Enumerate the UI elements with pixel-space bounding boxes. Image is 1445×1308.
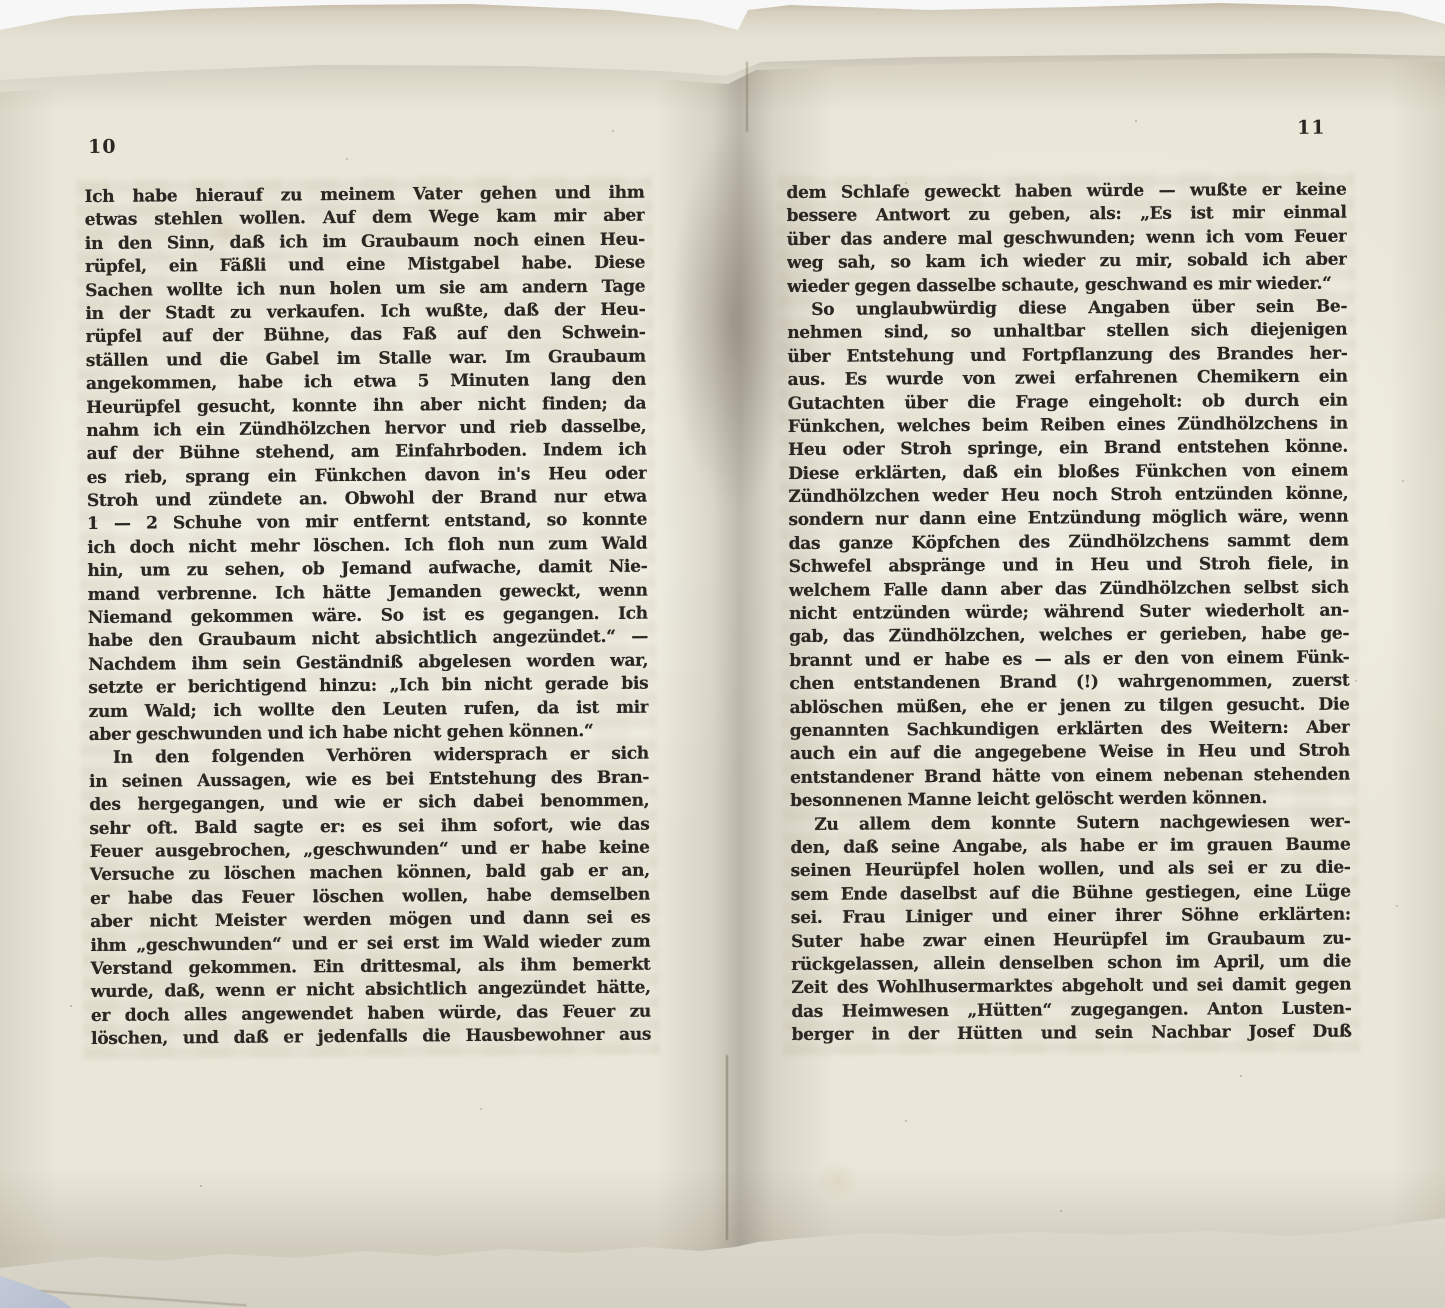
text-line: Zeit des Wohlhusermarktes abgeholt und s… xyxy=(791,974,1351,1001)
page-number-right: 11 xyxy=(1297,117,1326,139)
text-line: gab, das Zündhölzchen, welches er gerieb… xyxy=(789,623,1349,650)
text-line: seinen Heurüpfel holen wollen, und als s… xyxy=(791,857,1351,884)
gutter-fold-edge xyxy=(746,62,748,132)
text-line: sondern nur dann eine Entzündung möglich… xyxy=(788,506,1348,533)
gutter-page-edge xyxy=(726,1055,728,1240)
text-line: Suter habe zwar einen Heurüpfel im Graub… xyxy=(791,927,1351,954)
text-line: berger in der Hütten und sein Nachbar Jo… xyxy=(792,1021,1352,1048)
text-line: weg sah, so kam ich wieder zu mir, sobal… xyxy=(787,249,1347,276)
text-line: bessere Antwort zu geben, als: „Es ist m… xyxy=(787,202,1347,229)
text-line: nicht entzünden würde; während Suter wie… xyxy=(789,600,1349,627)
text-line: sem Ende daselbst auf die Bühne gestiege… xyxy=(791,880,1351,907)
text-line: So unglaubwürdig diese Angaben über sein… xyxy=(787,296,1347,323)
text-line: Gutachten über die Frage eingeholt: ob d… xyxy=(788,389,1348,416)
text-line: auch ein auf die angegebene Weise in Heu… xyxy=(790,740,1350,767)
text-line: über das andere mal geschwunden; wenn ic… xyxy=(787,225,1347,252)
page-text-left: Ich habe hierauf zu meinem Vater gehen u… xyxy=(84,182,651,1052)
text-line: Fünkchen, welches beim Reiben eines Zünd… xyxy=(788,412,1348,439)
text-line: rückgelassen, allein denselben schon im … xyxy=(791,950,1351,977)
text-line: welchem Falle dann aber das Zündhölzchen… xyxy=(789,576,1349,603)
text-line: löschen, und daß er jedenfalls die Hausb… xyxy=(91,1024,651,1052)
text-line: Schwefel abspränge und in Heu und Stroh … xyxy=(789,553,1349,580)
text-line: wieder gegen dasselbe schaute, geschwand… xyxy=(787,272,1347,299)
text-line: sei. Frau Liniger und einer ihrer Söhne … xyxy=(791,904,1351,931)
text-line: brannt und er habe es — als er den von e… xyxy=(789,646,1349,673)
text-line: Heu oder Stroh springe, ein Brand entste… xyxy=(788,436,1348,463)
text-line: genannten Sachkundigen erklärten des Wei… xyxy=(790,717,1350,744)
text-line: das ganze Köpfchen des Zündhölzchens sam… xyxy=(789,529,1349,556)
text-line: entstandener Brand hätte von einem neben… xyxy=(790,763,1350,790)
text-line: Diese erklärten, daß ein bloßes Fünkchen… xyxy=(788,459,1348,486)
text-line: ablöschen müßen, ehe er jenen zu tilgen … xyxy=(790,693,1350,720)
text-line: besonnenen Manne leicht gelöscht werden … xyxy=(790,787,1350,814)
text-line: über Entstehung und Fortpflanzung des Br… xyxy=(787,342,1347,369)
page-number-left: 10 xyxy=(88,136,117,158)
text-line: dem Schlafe geweckt haben würde — wußte … xyxy=(786,179,1346,206)
photo-of-open-pamphlet: 10 Ich habe hierauf zu meinem Vater gehe… xyxy=(0,0,1445,1308)
text-line: nehmen sind, so unhaltbar stellen sich d… xyxy=(787,319,1347,346)
text-line: das Heimwesen „Hütten“ zugegangen. Anton… xyxy=(791,997,1351,1024)
text-line: Zu allem dem konnte Sutern nachgewiesen … xyxy=(790,810,1350,837)
text-line: aus. Es wurde von zwei erfahrenen Chemik… xyxy=(788,366,1348,393)
page-text-right: dem Schlafe geweckt haben würde — wußte … xyxy=(786,179,1351,1048)
text-line: den, daß seine Angabe, als habe er im gr… xyxy=(790,834,1350,861)
text-line: Zündhölzchen weder Heu noch Stroh entzün… xyxy=(788,483,1348,510)
text-line: chen entstandenen Brand (!) wahrgenommen… xyxy=(789,670,1349,697)
